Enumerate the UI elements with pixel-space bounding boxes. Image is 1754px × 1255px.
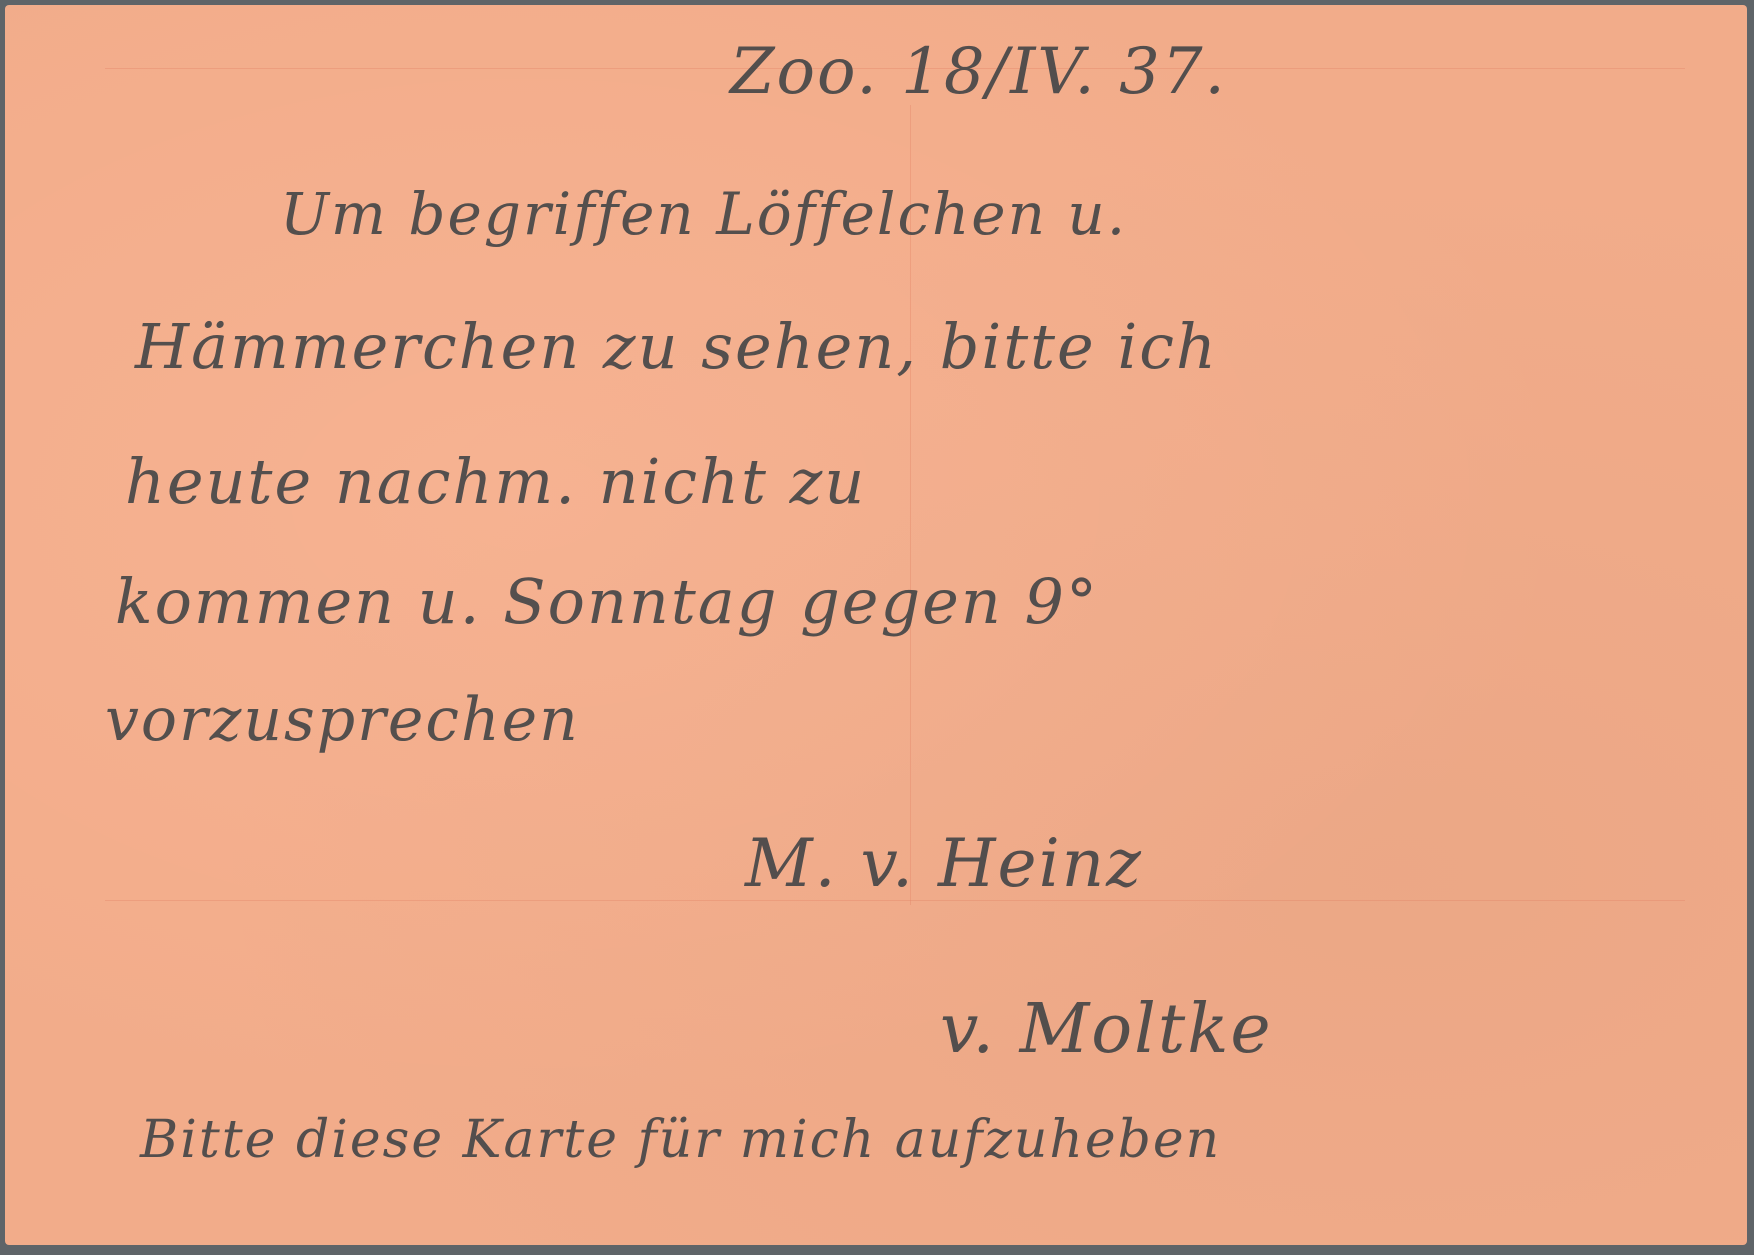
body-line: kommen u. Sonntag gegen 9°	[115, 565, 1099, 638]
body-line: heute nachm. nicht zu	[125, 445, 866, 518]
closing: M. v. Heinz	[745, 825, 1143, 902]
date-line: Zoo. 18/IV. 37.	[730, 35, 1227, 109]
body-line: Um begriffen Löffelchen u.	[280, 180, 1127, 248]
postscript: Bitte diese Karte für mich aufzuheben	[140, 1110, 1221, 1170]
body-line: Hämmerchen zu sehen, bitte ich	[135, 310, 1218, 383]
signature: v. Moltke	[940, 990, 1273, 1069]
body-line: vorzusprechen	[105, 685, 580, 755]
postcard: Zoo. 18/IV. 37. Um begriffen Löffelchen …	[5, 5, 1747, 1245]
